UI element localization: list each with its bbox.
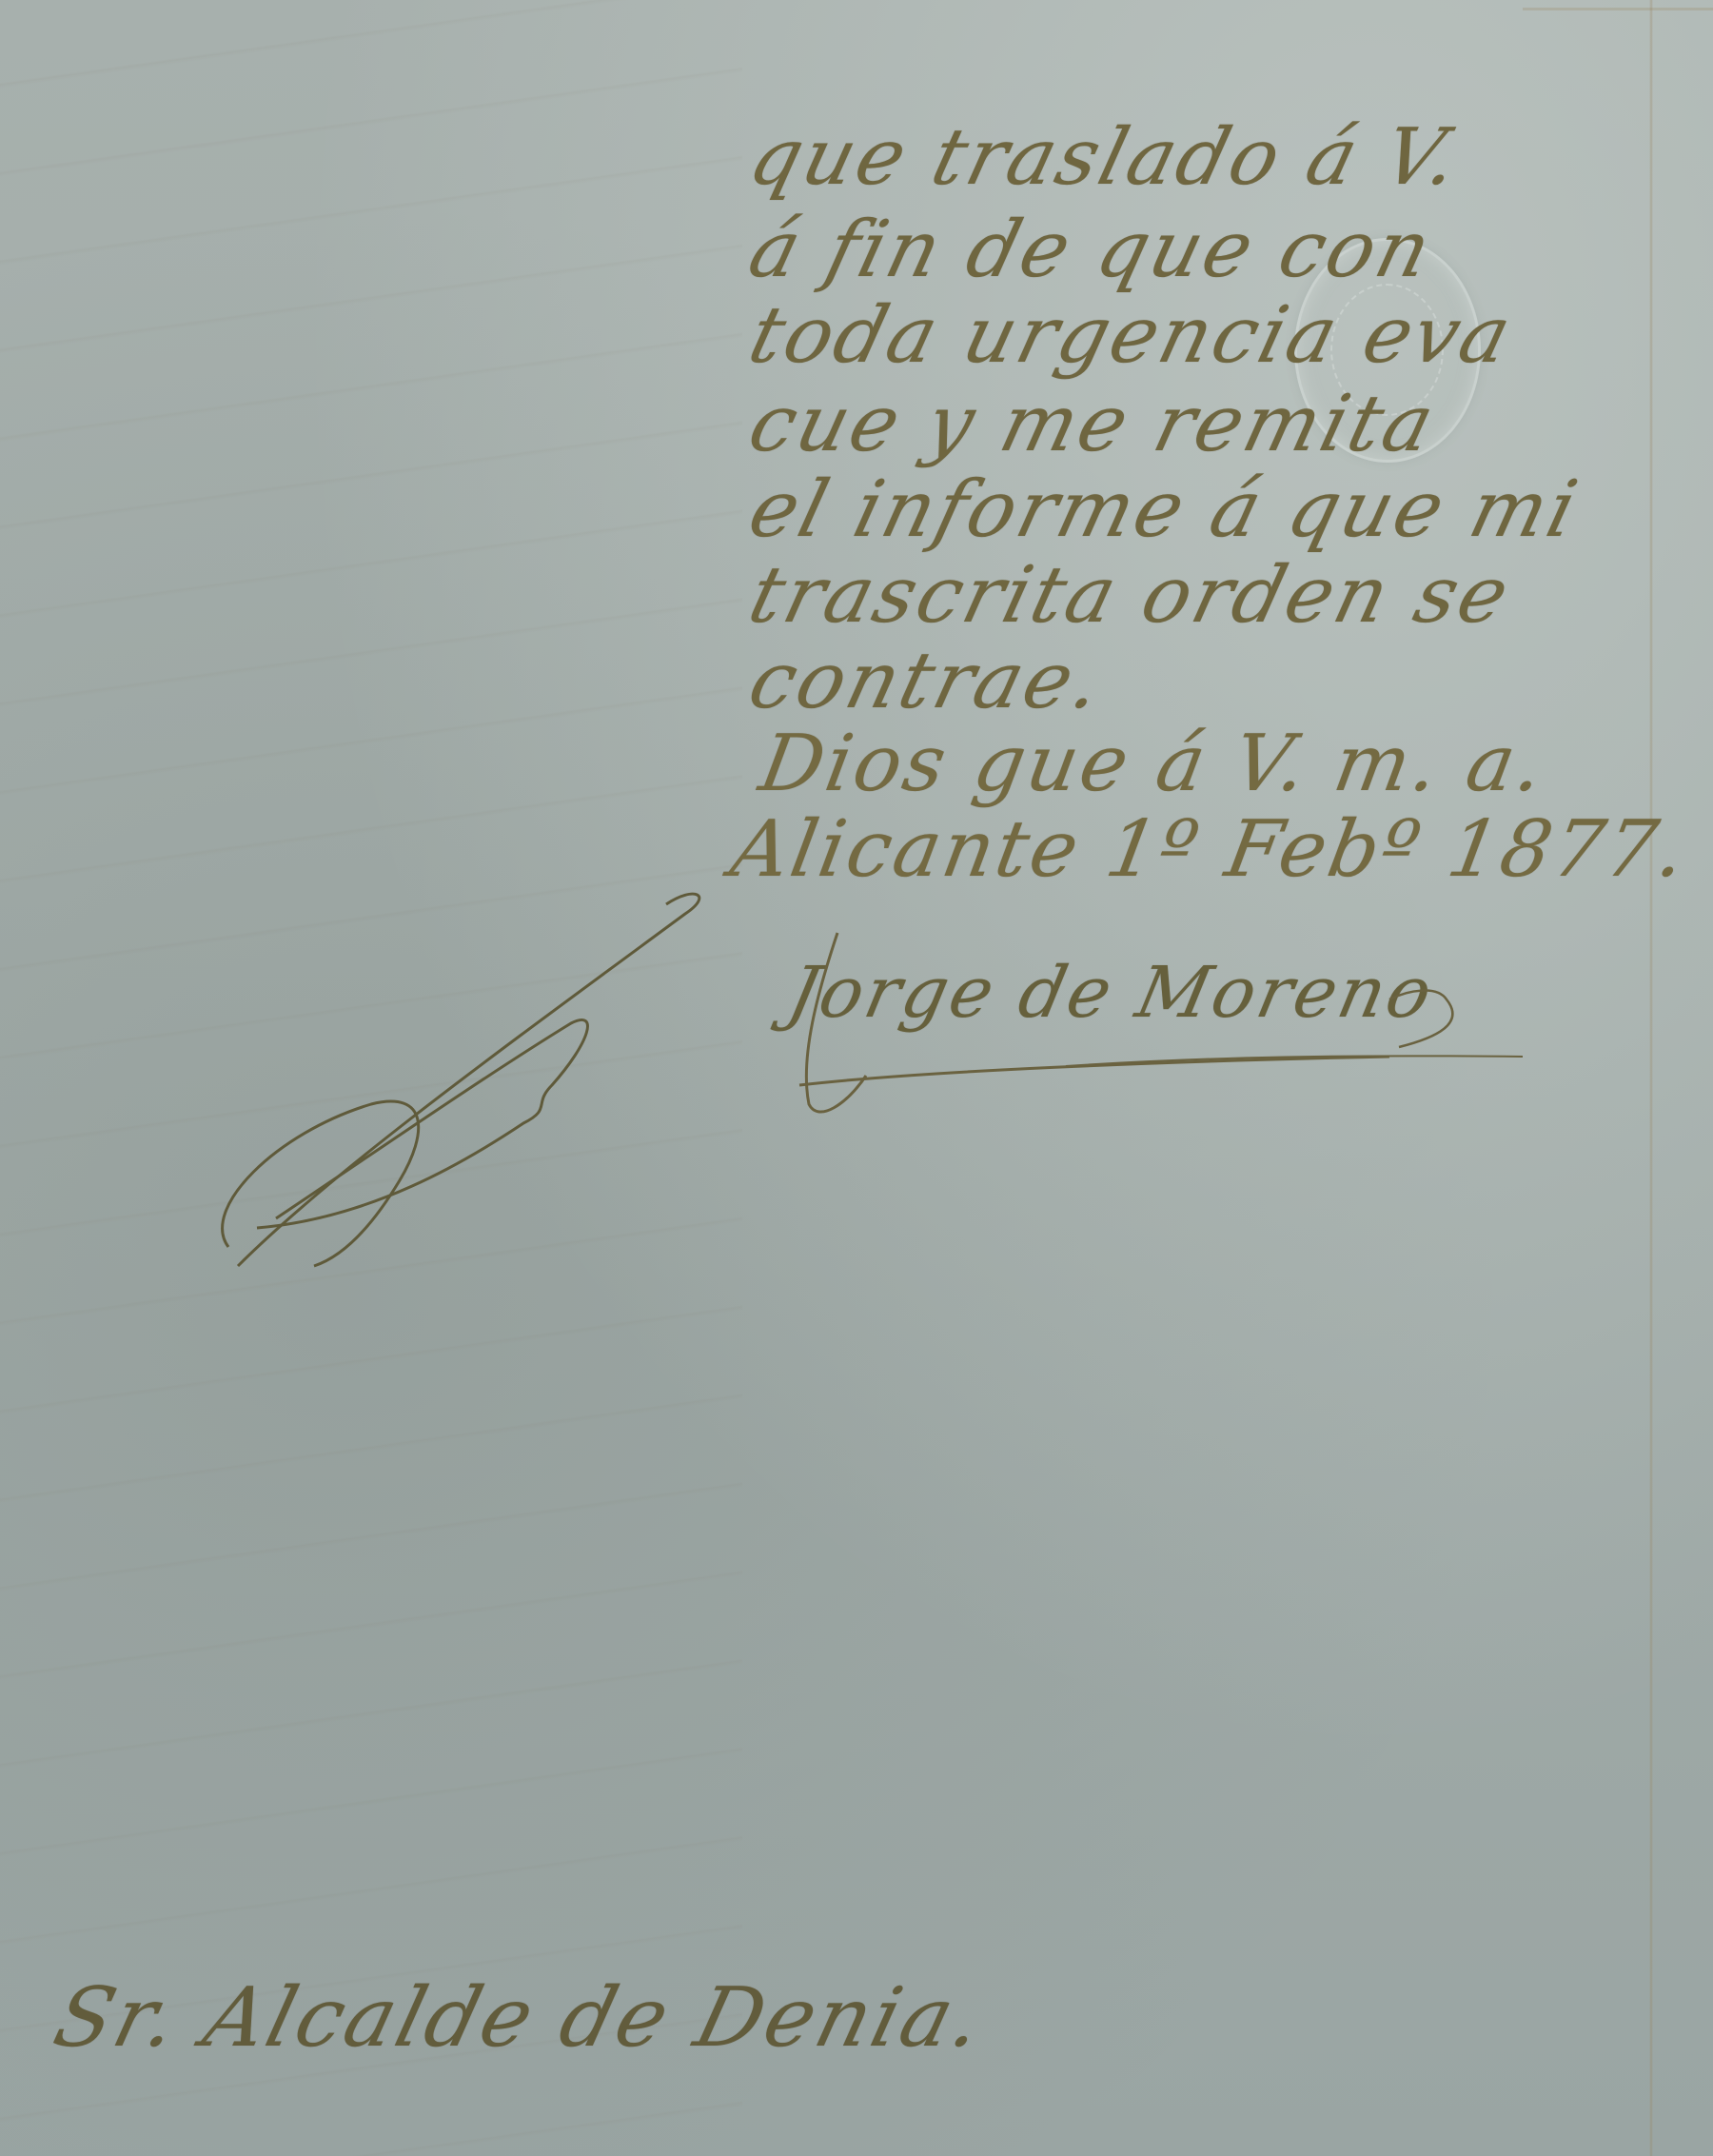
body-line-6: trascrita orden se bbox=[740, 550, 1520, 641]
body-line-2: á fin de que con bbox=[740, 205, 1442, 295]
fold-line bbox=[1649, 0, 1653, 2156]
addressee: Sr. Alcalde de Denia. bbox=[46, 1970, 995, 2066]
rubric-flourish bbox=[219, 885, 752, 1285]
letter-page: que traslado á V. á fin de que con toda … bbox=[0, 0, 1713, 2156]
body-line-3: toda urgencia eva bbox=[740, 290, 1522, 381]
body-line-7: contrae. bbox=[740, 636, 1112, 726]
body-line-4: cue y me remita bbox=[740, 379, 1445, 469]
fold-line-top bbox=[1523, 8, 1713, 10]
signature-underline-flourish bbox=[780, 914, 1599, 1142]
closing-salutation: Dios gue á V. m. a. bbox=[754, 719, 1553, 809]
body-line-1: que traslado á V. bbox=[740, 112, 1470, 203]
place-date: Alicante 1º Febº 1877. bbox=[725, 804, 1695, 895]
body-line-5: el informe á que mi bbox=[740, 465, 1588, 555]
